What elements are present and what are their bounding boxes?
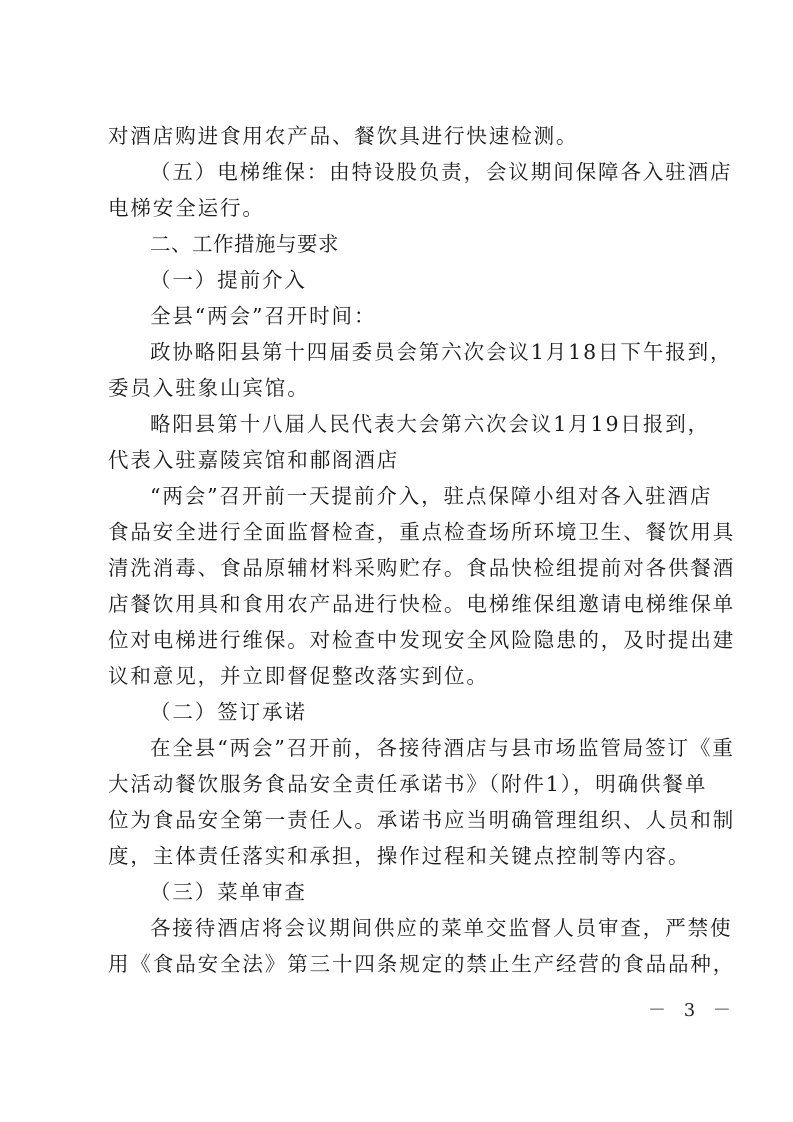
body-line-12: 食品安全进行全面监督检查，重点检查场所环境卫生、餐饮用具 [108, 514, 692, 550]
body-line-6: 全县“两会”召开时间： [108, 298, 692, 334]
document-page: 对酒店购进食用农产品、餐饮具进行快速检测。 （五）电梯维保：由特设股负责，会议期… [0, 0, 793, 1122]
body-line-23: 各接待酒店将会议期间供应的菜单交监督人员审查，严禁使 [108, 910, 692, 946]
subheading-menu-review: （三）菜单审查 [108, 874, 692, 910]
section-5-elevator-maintenance: （五）电梯维保：由特设股负责，会议期间保障各入驻酒店 [108, 154, 692, 190]
subheading-early-intervention: （一）提前介入 [108, 262, 692, 298]
section-heading-measures: 二、工作措施与要求 [108, 226, 692, 262]
body-line-16: 议和意见，并立即督促整改落实到位。 [108, 658, 692, 694]
body-line-15: 位对电梯进行维保。对检查中发现安全风险隐患的，及时提出建 [108, 622, 692, 658]
body-line-24: 用《食品安全法》第三十四条规定的禁止生产经营的食品品种， [108, 946, 692, 982]
body-line-1: 对酒店购进食用农产品、餐饮具进行快速检测。 [108, 118, 692, 154]
subheading-sign-commitment: （二）签订承诺 [108, 694, 692, 730]
body-line-11: “两会”召开前一天提前介入，驻点保障小组对各入驻酒店 [108, 478, 692, 514]
body-line-9: 略阳县第十八届人民代表大会第六次会议1月19日报到， [108, 406, 692, 442]
document-body: 对酒店购进食用农产品、餐饮具进行快速检测。 （五）电梯维保：由特设股负责，会议期… [108, 118, 692, 982]
body-line-18: 在全县“两会”召开前，各接待酒店与县市场监管局签订《重 [108, 730, 692, 766]
body-line-14: 店餐饮用具和食用农产品进行快检。电梯维保组邀请电梯维保单 [108, 586, 692, 622]
body-line-19: 大活动餐饮服务食品安全责任承诺书》（附件1），明确供餐单 [108, 766, 692, 802]
body-line-10: 代表入驻嘉陵宾馆和郙阁酒店 [108, 442, 692, 478]
body-line-21: 度，主体责任落实和承担，操作过程和关键点控制等内容。 [108, 838, 692, 874]
body-line-8: 委员入驻象山宾馆。 [108, 370, 692, 406]
body-line-20: 位为食品安全第一责任人。承诺书应当明确管理组织、人员和制 [108, 802, 692, 838]
body-line-7: 政协略阳县第十四届委员会第六次会议1月18日下午报到， [108, 334, 692, 370]
body-line-13: 清洗消毒、食品原辅材料采购贮存。食品快检组提前对各供餐酒 [108, 550, 692, 586]
page-number: － 3 － [648, 996, 737, 1022]
body-line-3: 电梯安全运行。 [108, 190, 692, 226]
